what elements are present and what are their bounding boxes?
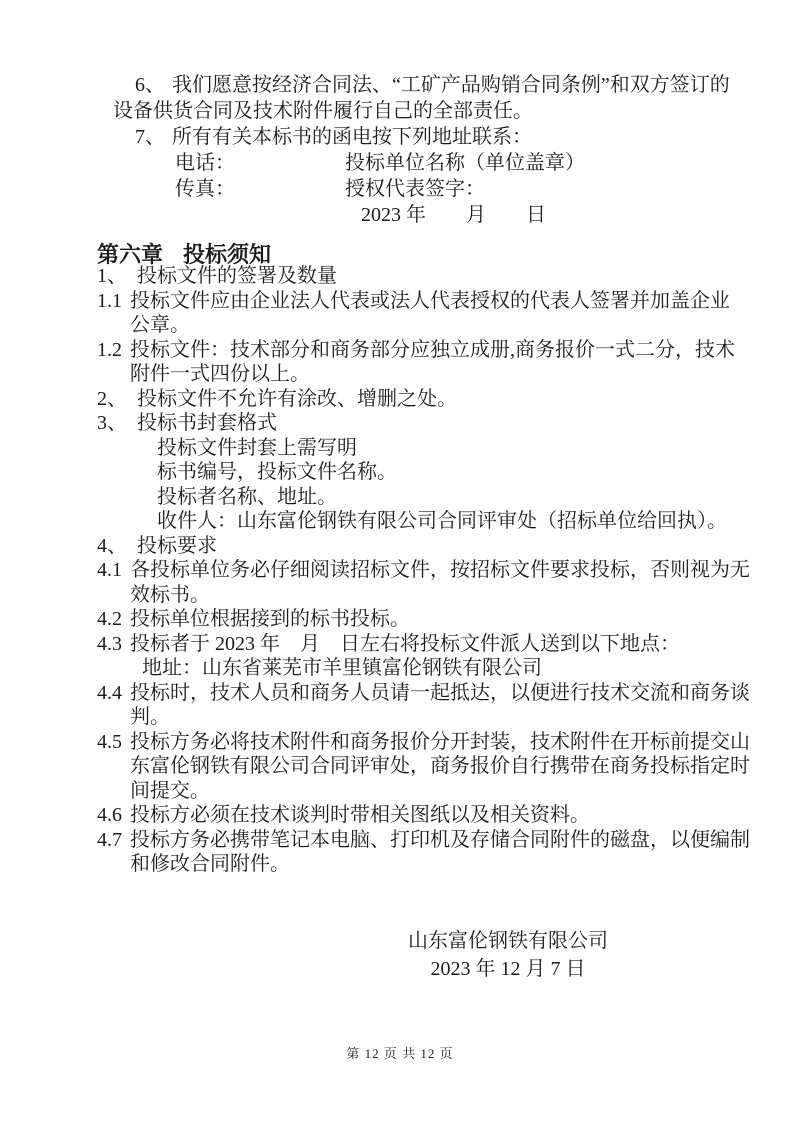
item-marker: 2、 — [97, 387, 127, 412]
doc-line: 1、投标文件的签署及数量 — [97, 264, 750, 289]
item-marker: 4.2 — [97, 607, 122, 632]
item-marker: 4.1 — [97, 558, 122, 583]
doc-line: 1.2投标文件：技术部分和商务部分应独立成册,商务报价一式二分，技术 — [97, 338, 750, 363]
doc-line: 4.2投标单位根据接到的标书投标。 — [97, 607, 750, 632]
doc-line: 附件一式四份以上。 — [97, 362, 750, 387]
signature-block: 山东富伦钢铁有限公司 2023 年 12 月 7 日 — [308, 927, 708, 983]
item-marker: 4.4 — [97, 681, 122, 706]
notice-list: 1、投标文件的签署及数量 1.1投标文件应由企业法人代表或法人代表授权的代表人签… — [97, 264, 750, 877]
item-marker: 6、 — [135, 72, 165, 98]
item-marker: 4.3 — [97, 632, 122, 657]
item-text: 投标文件的签署及数量 — [137, 265, 337, 287]
item-text: 投标者于 2023 年 月 日左右将投标文件派人送到以下地点： — [130, 633, 680, 655]
contact-row-fax: 传真：授权代表签字： — [113, 176, 730, 202]
item-text: 投标时，技术人员和商务人员请一起抵达，以便进行技术交流和商务谈 — [130, 682, 750, 704]
item-marker: 1.1 — [97, 289, 122, 314]
contact-block: 6、我们愿意按经济合同法、“工矿产品购销合同条例”和双方签订的 设备供货合同及技… — [113, 72, 730, 228]
item-marker: 1.2 — [97, 338, 122, 363]
doc-line: 4.5投标方务必将技术附件和商务报价分开封装，技术附件在开标前提交山 — [97, 730, 750, 755]
doc-line: 4.7投标方务必携带笔记本电脑、打印机及存储合同附件的磁盘，以便编制 — [97, 828, 750, 853]
item-text: 投标方务必携带笔记本电脑、打印机及存储合同附件的磁盘，以便编制 — [130, 829, 750, 851]
doc-line: 3、投标书封套格式 — [97, 411, 750, 436]
doc-line: 收件人：山东富伦钢铁有限公司合同评审处（招标单位给回执）。 — [97, 509, 750, 534]
phone-label: 电话： — [175, 150, 345, 176]
item-text: 我们愿意按经济合同法、“工矿产品购销合同条例”和双方签订的 — [172, 74, 730, 96]
item-marker: 4.5 — [97, 730, 122, 755]
doc-line: 4.1各投标单位务必仔细阅读招标文件，按招标文件要求投标，否则视为无 — [97, 558, 750, 583]
item-text: 投标文件不允许有涂改、增删之处。 — [137, 388, 457, 410]
fax-label: 传真： — [175, 176, 345, 202]
doc-line: 投标者名称、地址。 — [97, 485, 750, 510]
item-text: 投标要求 — [137, 535, 217, 557]
blank-date-line: 2023 年 月 日 — [113, 202, 730, 228]
doc-line: 地址：山东省莱芜市羊里镇富伦钢铁有限公司 — [97, 656, 750, 681]
doc-line: 7、所有有关本标书的函电按下列地址联系： — [113, 124, 730, 150]
item-text: 投标书封套格式 — [137, 412, 277, 434]
doc-line: 标书编号，投标文件名称。 — [97, 460, 750, 485]
doc-line: 和修改合同附件。 — [97, 852, 750, 877]
contact-row-phone: 电话：投标单位名称（单位盖章） — [113, 150, 730, 176]
item-text: 投标文件应由企业法人代表或法人代表授权的代表人签署并加盖企业 — [130, 290, 730, 312]
doc-line: 6、我们愿意按经济合同法、“工矿产品购销合同条例”和双方签订的 — [113, 72, 730, 98]
signature-date: 2023 年 12 月 7 日 — [308, 955, 708, 983]
doc-line: 1.1投标文件应由企业法人代表或法人代表授权的代表人签署并加盖企业 — [97, 289, 750, 314]
doc-line: 4.3投标者于 2023 年 月 日左右将投标文件派人送到以下地点： — [97, 632, 750, 657]
doc-line: 东富伦钢铁有限公司合同评审处，商务报价自行携带在商务投标指定时 — [97, 754, 750, 779]
item-marker: 4、 — [97, 534, 127, 559]
item-marker: 3、 — [97, 411, 127, 436]
doc-line: 4.4投标时，技术人员和商务人员请一起抵达，以便进行技术交流和商务谈 — [97, 681, 750, 706]
item-text: 各投标单位务必仔细阅读招标文件，按招标文件要求投标，否则视为无 — [130, 559, 750, 581]
item-marker: 7、 — [135, 124, 165, 150]
document-page: 6、我们愿意按经济合同法、“工矿产品购销合同条例”和双方签订的 设备供货合同及技… — [0, 0, 800, 1131]
item-marker: 4.7 — [97, 828, 122, 853]
item-text: 投标方必须在技术谈判时带相关图纸以及相关资料。 — [130, 804, 590, 826]
doc-line: 2、投标文件不允许有涂改、增删之处。 — [97, 387, 750, 412]
signature-label: 授权代表签字： — [345, 178, 485, 200]
doc-line: 间提交。 — [97, 779, 750, 804]
item-text: 投标方务必将技术附件和商务报价分开封装，技术附件在开标前提交山 — [130, 731, 750, 753]
doc-line: 判。 — [97, 705, 750, 730]
company-name: 山东富伦钢铁有限公司 — [308, 927, 708, 955]
item-text: 投标文件：技术部分和商务部分应独立成册,商务报价一式二分，技术 — [130, 339, 735, 361]
bidder-name-label: 投标单位名称（单位盖章） — [345, 152, 585, 174]
doc-line: 效标书。 — [97, 583, 750, 608]
item-marker: 1、 — [97, 264, 127, 289]
item-marker: 4.6 — [97, 803, 122, 828]
doc-line: 公章。 — [97, 313, 750, 338]
doc-line: 设备供货合同及技术附件履行自己的全部责任。 — [113, 98, 730, 124]
doc-line: 投标文件封套上需写明 — [97, 436, 750, 461]
doc-line: 4.6投标方必须在技术谈判时带相关图纸以及相关资料。 — [97, 803, 750, 828]
page-number: 第 12 页 共 12 页 — [0, 1043, 800, 1062]
doc-line: 4、投标要求 — [97, 534, 750, 559]
item-text: 投标单位根据接到的标书投标。 — [130, 608, 410, 630]
item-text: 所有有关本标书的函电按下列地址联系： — [172, 126, 532, 148]
